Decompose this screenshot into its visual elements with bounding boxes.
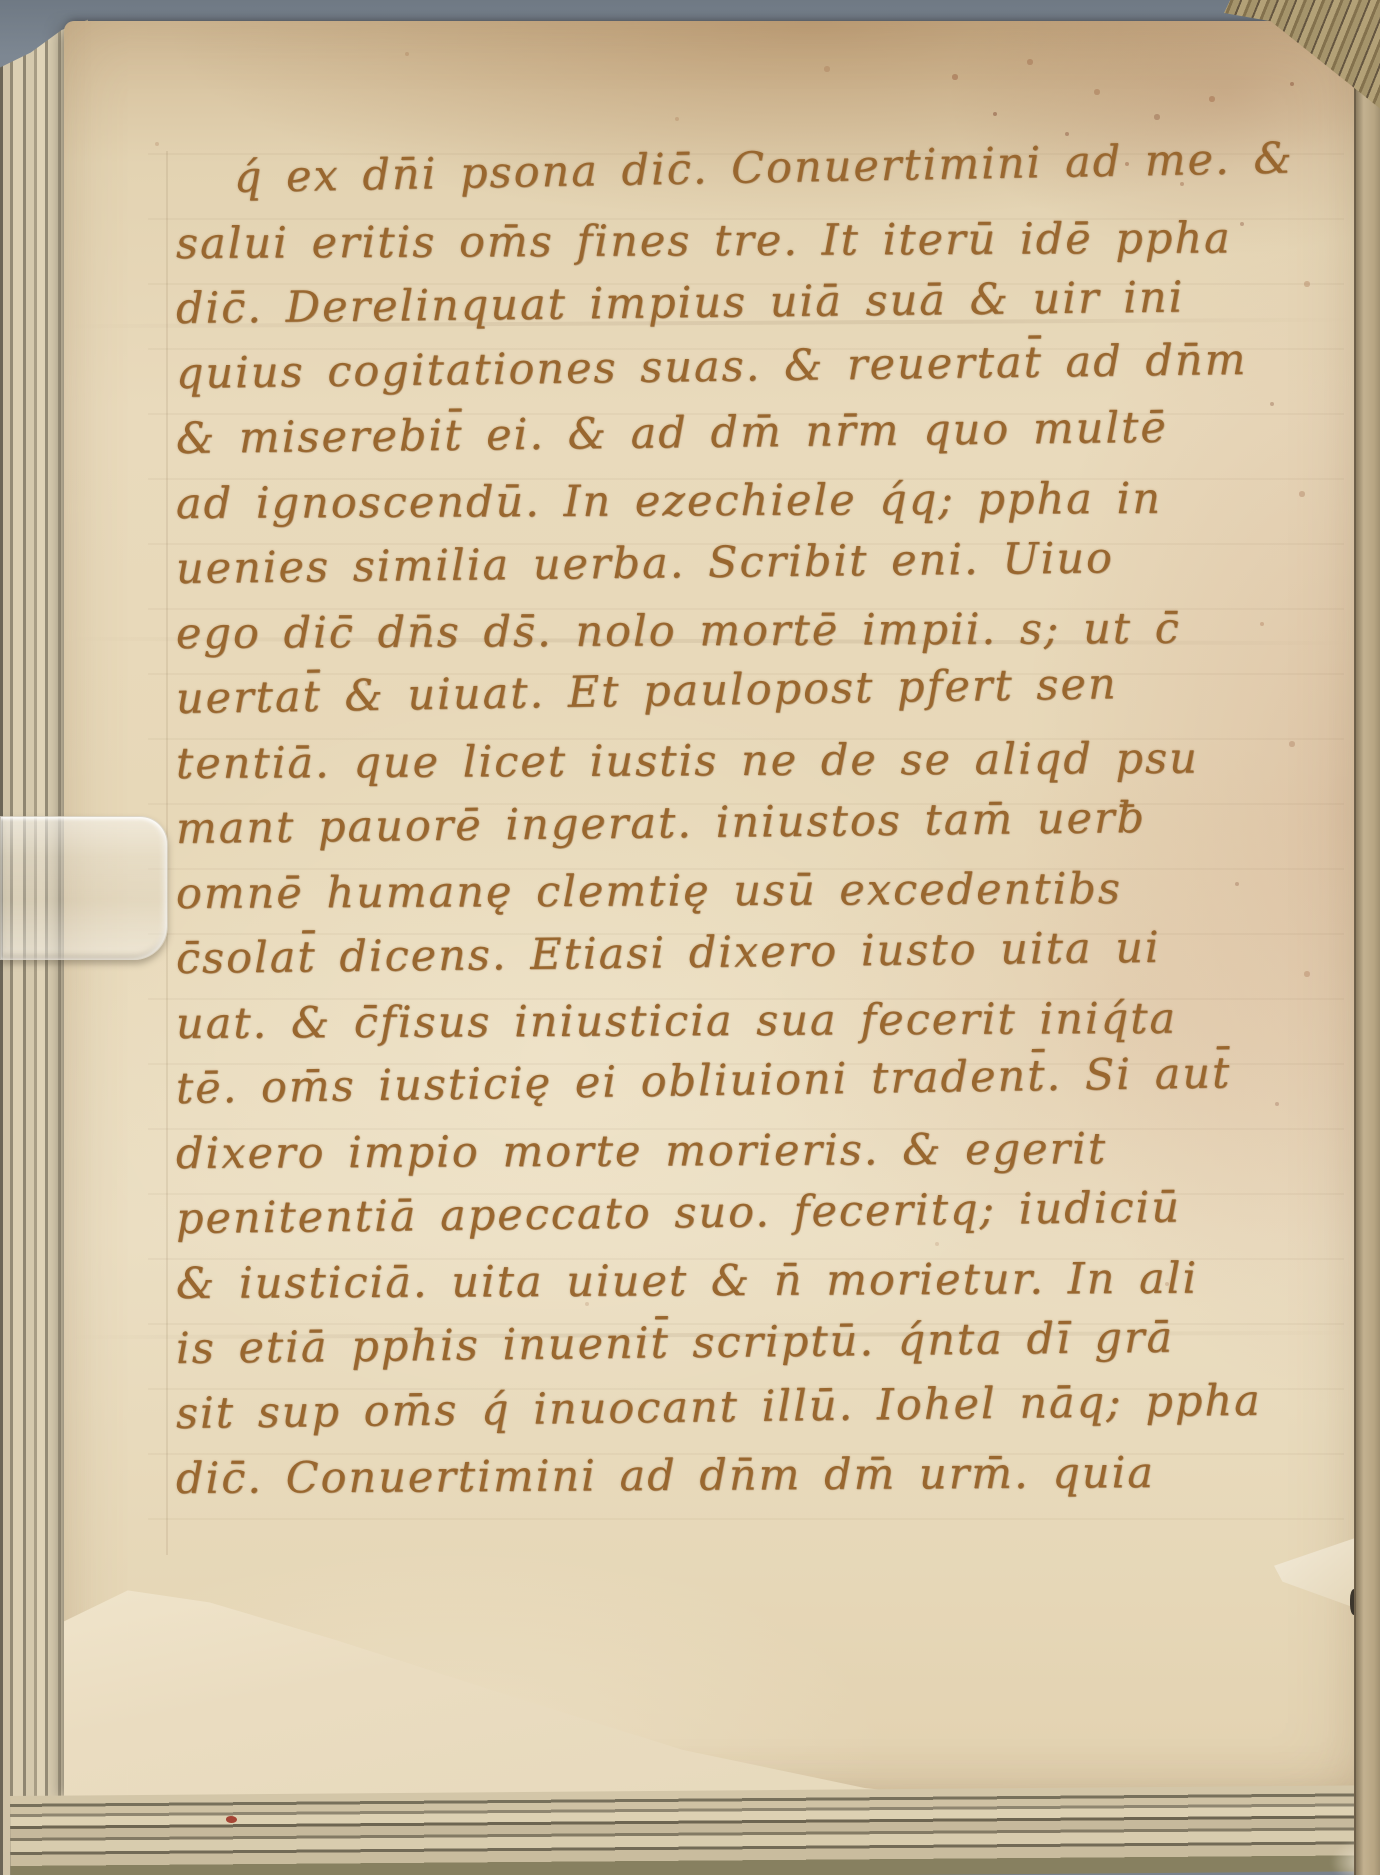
manuscript-line: uenies similia uerba. Scribit eni. Uiuo <box>176 523 1373 602</box>
book-page-edge-right <box>1354 22 1380 1875</box>
text-block: q́ ex dn̄i psona dic̄. Conuertimini ad m… <box>176 147 1372 1512</box>
manuscript-line: sit sup om̄s q́ inuocant illū. Iohel nāq… <box>176 1367 1373 1447</box>
manuscript-line: q́ ex dn̄i psona dic̄. Conuertimini ad m… <box>175 125 1372 212</box>
manuscript-line: & miserebit̄ ei. & ad dm̄ nr̄m quo multē <box>176 393 1373 472</box>
manuscript-photo: q́ ex dn̄i psona dic̄. Conuertimini ad m… <box>0 0 1380 1875</box>
manuscript-line: dic̄. Conuertimini ad dn̄m dm̄ urm̄. qui… <box>176 1440 1372 1512</box>
foxing-speckles <box>64 21 66 23</box>
book-page-edges-bottom <box>10 1785 1380 1875</box>
manuscript-line: penitentiā apeccato suo. feceritq; iudic… <box>176 1173 1373 1252</box>
manuscript-line: mant pauorē ingerat. iniustos tam̄ uerƀ <box>176 783 1373 862</box>
red-ink-mark <box>226 1816 237 1823</box>
manuscript-line: c̄solat̄ dicens. Etiasi dixero iusto uit… <box>176 913 1373 992</box>
page-corner-curl <box>64 1569 974 1807</box>
parchment-page: q́ ex dn̄i psona dic̄. Conuertimini ad m… <box>64 21 1356 1807</box>
page-holder-tab <box>0 816 168 960</box>
